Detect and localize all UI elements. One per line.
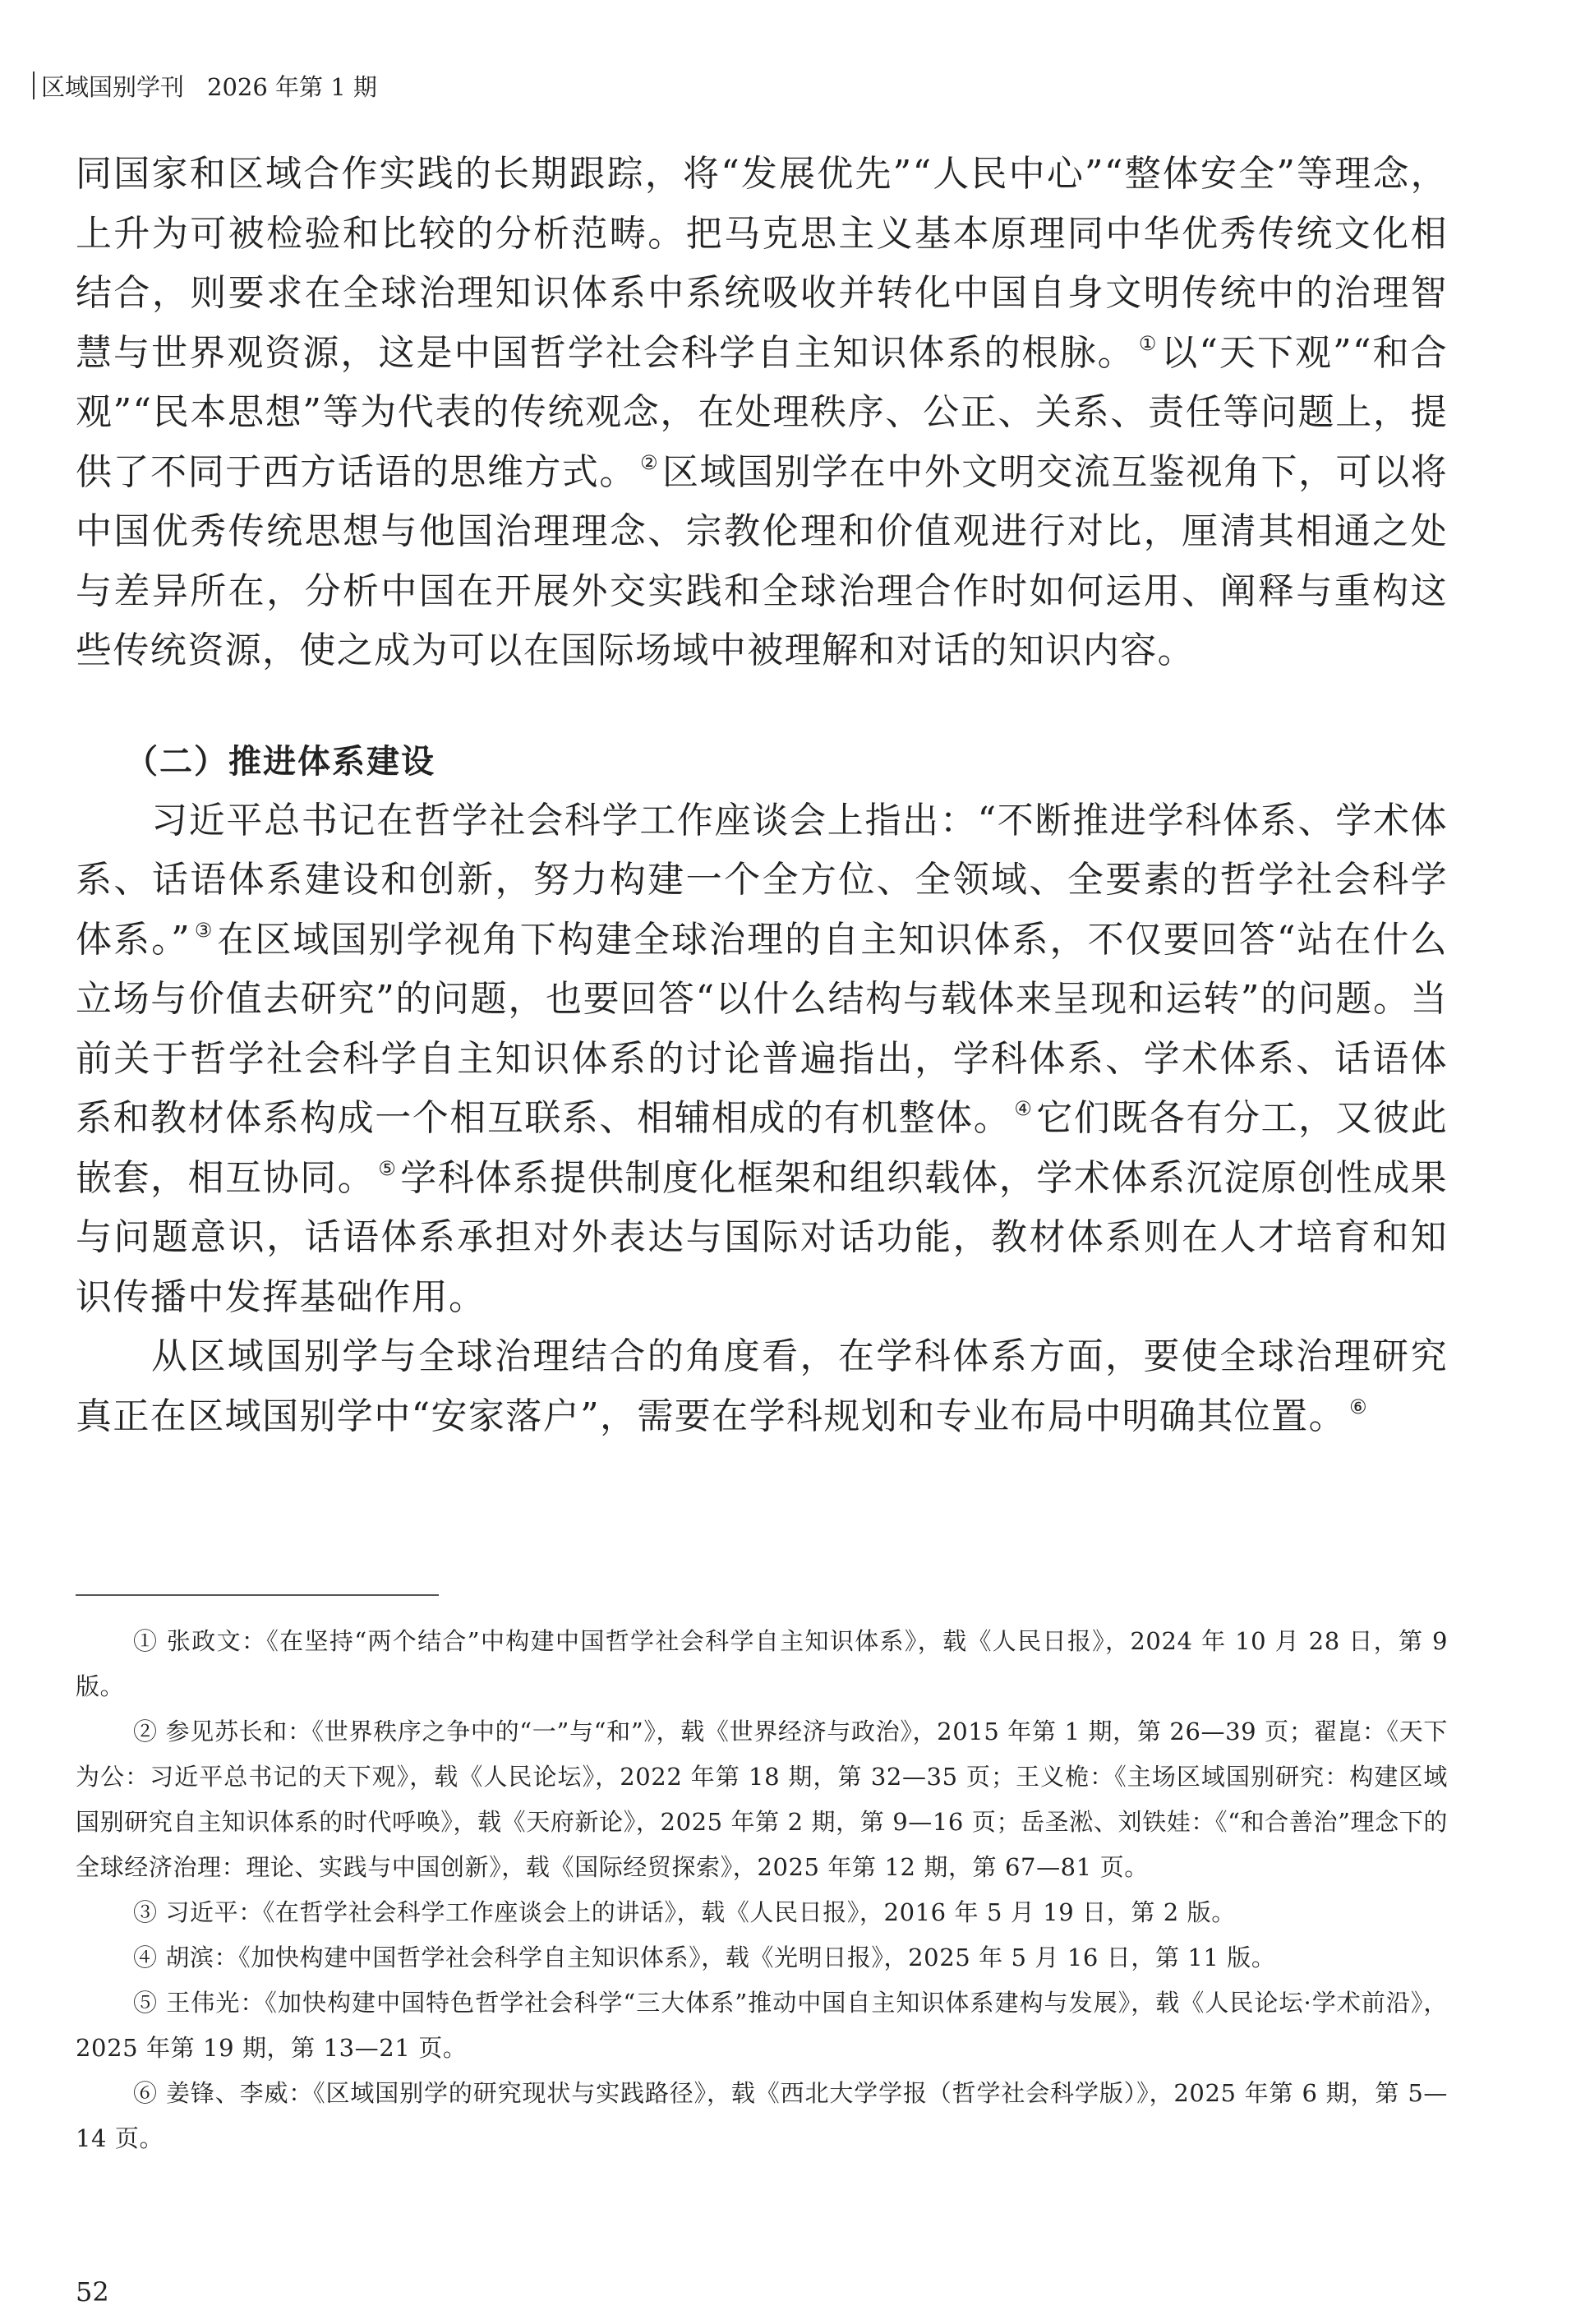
footnote-ref-6[interactable]: ⑥ — [1349, 1395, 1368, 1418]
footnote-3: ③ 习近平：《在哲学社会科学工作座谈会上的讲话》，载《人民日报》，2016 年 … — [76, 1890, 1448, 1935]
issue-label: 2026 年第 1 期 — [207, 69, 377, 103]
footnote-ref-5[interactable]: ⑤ — [378, 1157, 397, 1180]
footnote-ref-2[interactable]: ② — [640, 451, 659, 474]
page-number: 52 — [76, 2276, 109, 2308]
para3-text-a: 从区域国别学与全球治理结合的角度看，在学科体系方面，要使全球治理研究真正在区域国… — [76, 1335, 1448, 1437]
footnote-4: ④ 胡滨：《加快构建中国哲学社会科学自主知识体系》，载《光明日报》，2025 年… — [76, 1935, 1448, 1980]
footnote-1: ① 张政文：《在坚持“两个结合”中构建中国哲学社会科学自主知识体系》，载《人民日… — [76, 1619, 1448, 1709]
paragraph-1: 同国家和区域合作实践的长期跟踪，将“发展优先”“人民中心”“整体安全”等理念，上… — [76, 145, 1448, 681]
footnote-ref-1[interactable]: ① — [1139, 332, 1159, 355]
footnote-separator — [76, 1594, 439, 1596]
footnote-6: ⑥ 姜锋、李威：《区域国别学的研究现状与实践路径》，载《西北大学学报（哲学社会科… — [76, 2071, 1448, 2161]
footnote-5: ⑤ 王伟光：《加快构建中国特色哲学社会科学“三大体系”推动中国自主知识体系建构与… — [76, 1980, 1448, 2071]
body-text: 同国家和区域合作实践的长期跟踪，将“发展优先”“人民中心”“整体安全”等理念，上… — [76, 145, 1448, 1446]
section-heading: （二）推进体系建设 — [76, 732, 1448, 791]
paragraph-2: 习近平总书记在哲学社会科学工作座谈会上指出：“不断推进学科体系、学术体系、话语体… — [76, 791, 1448, 1328]
footnote-2: ② 参见苏长和：《世界秩序之争中的“一”与“和”》，载《世界经济与政治》，201… — [76, 1709, 1448, 1890]
footnote-ref-4[interactable]: ④ — [1014, 1097, 1033, 1120]
running-head: 区域国别学刊 2026 年第 1 期 — [33, 69, 377, 102]
footnotes: ① 张政文：《在坚持“两个结合”中构建中国哲学社会科学自主知识体系》，载《人民日… — [76, 1619, 1448, 2161]
journal-title: 区域国别学刊 — [41, 69, 184, 103]
paragraph-3: 从区域国别学与全球治理结合的角度看，在学科体系方面，要使全球治理研究真正在区域国… — [76, 1327, 1448, 1446]
running-head-divider — [33, 71, 35, 99]
footnote-ref-3[interactable]: ③ — [194, 919, 214, 942]
